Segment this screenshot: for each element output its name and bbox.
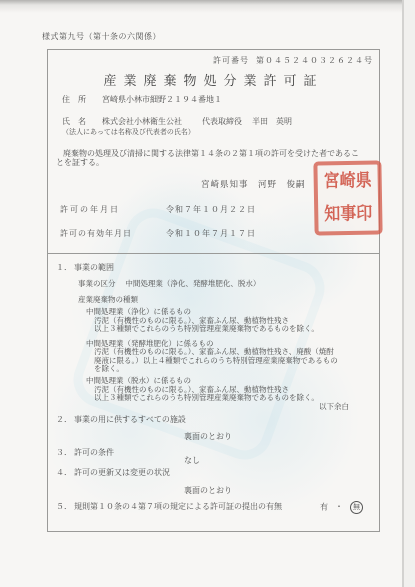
grant-date-value: 令和７年１０月２２日 — [166, 204, 256, 215]
waste-types-label: 産業廃棄物の種類 — [78, 295, 138, 304]
document-title: 産業廃棄物処分業許可証 — [48, 70, 379, 89]
section3-title: 許可の条件 — [74, 448, 114, 457]
corporate-note: （法人にあっては名称及び代表者の氏名） — [62, 127, 195, 137]
valid-date-row: 許可の有効年月日 — [60, 228, 132, 239]
permit-number-value: 第０４５２４０３２６２４号 — [256, 56, 373, 65]
section3-number: ３． — [56, 448, 72, 457]
section2-number: ２． — [56, 415, 72, 424]
section5-options: 有 ・ 無 — [320, 501, 363, 514]
waste-block2-line2: 廃液に限る。）以上４種類でこれらのうち特別管理産業廃棄物であるもの — [94, 356, 338, 365]
address-value: 宮崎県小林市細野２１９４番地１ — [102, 95, 222, 104]
section3-value: なし — [184, 455, 200, 466]
scanned-permit-page: 様式第九号（第十条の六関係） 許可番号 第０４５２４０３２６２４号 産業廃棄物処… — [0, 0, 415, 587]
permit-number-label: 許可番号 — [213, 56, 249, 65]
blank-below-note: 以下余白 — [319, 402, 349, 411]
section4-title: 許可の更新又は変更の状況 — [74, 468, 170, 477]
section5-title: 規則第１０条の４第７項の規定による許可証の提出の有無 — [74, 502, 282, 511]
section4-number: ４． — [56, 468, 72, 477]
permit-border-box: 許可番号 第０４５２４０３２６２４号 産業廃棄物処分業許可証 住 所 宮崎県小林… — [47, 49, 380, 532]
section4-heading: ４． 許可の更新又は変更の状況 — [56, 467, 170, 478]
waste-block3-heading: 中間処理業（脱水）に係るもの — [86, 376, 191, 385]
seal-row-2: 知事印 — [318, 205, 378, 224]
company-name: 株式会社小林衛生公社 — [102, 117, 182, 126]
representative-name: 半田 英明 — [252, 117, 292, 126]
address-label: 住 所 — [62, 95, 86, 104]
form-number-label: 様式第九号（第十条の六関係） — [42, 31, 161, 42]
name-label: 氏 名 — [62, 117, 86, 126]
waste-block2-line1: 汚泥（有機性のものに限る。）、家畜ふん尿、動植物性残さ、廃酸（焼酎 — [94, 347, 334, 356]
business-category-label: 事業の区分 — [78, 279, 116, 288]
paper-right-margin — [404, 0, 415, 587]
certification-statement-line1: 廃棄物の処理及び清掃に関する法律第１４条の２第１項の許可を受けた者であるこ — [63, 148, 359, 159]
grant-date-row: 許可の年月日 — [60, 204, 120, 215]
option-no-circled: 無 — [350, 501, 363, 514]
option-separator: ・ — [335, 502, 343, 511]
paper-edge-line — [402, 0, 404, 587]
permit-number-line: 許可番号 第０４５２４０３２６２４号 — [213, 55, 373, 66]
section2-title: 事業の用に供するすべての施設 — [74, 415, 186, 424]
issuer-signature: 宮崎県知事 河野 俊嗣 — [201, 178, 306, 190]
waste-block1-line2: 以上３種類でこれらのうち特別管理産業廃棄物であるものを除く。 — [94, 324, 319, 333]
representative-title: 代表取締役 — [202, 117, 242, 126]
business-category-value: 中間処理業（浄化、発酵堆肥化、脱水） — [125, 279, 260, 288]
section2-heading: ２． 事業の用に供するすべての施設 — [56, 414, 186, 425]
section1-number: １． — [56, 263, 72, 272]
valid-date-label: 許可の有効年月日 — [60, 229, 132, 238]
governor-seal-stamp: 宮崎県 知事印 — [313, 160, 382, 235]
business-category-line: 事業の区分 中間処理業（浄化、発酵堆肥化、脱水） — [78, 279, 260, 288]
section-divider-line — [48, 253, 379, 254]
valid-date-value: 令和１０年７月１７日 — [166, 228, 256, 239]
section1-heading: １． 事業の範囲 — [56, 262, 114, 273]
waste-block2-line3: を除く。 — [94, 364, 124, 373]
waste-block3-line2: 以上３種類でこれらのうち特別管理産業廃棄物であるものを除く。 — [94, 393, 319, 402]
section5-heading: ５． 規則第１０条の４第７項の規定による許可証の提出の有無 — [56, 501, 282, 512]
waste-block1-heading: 中間処理業（浄化）に係るもの — [86, 307, 191, 316]
option-yes: 有 — [320, 502, 328, 511]
section5-number: ５． — [56, 502, 72, 511]
section3-heading: ３． 許可の条件 — [56, 447, 114, 458]
grant-date-label: 許可の年月日 — [60, 205, 120, 214]
section2-value: 裏面のとおり — [184, 431, 232, 442]
address-line: 住 所 宮崎県小林市細野２１９４番地１ — [62, 94, 222, 105]
certification-statement-line2: とを証する。 — [56, 157, 104, 168]
seal-row-1: 宮崎県 — [318, 172, 378, 191]
section1-title: 事業の範囲 — [74, 263, 114, 272]
section4-value: 裏面のとおり — [184, 485, 232, 496]
name-line: 氏 名 株式会社小林衛生公社 代表取締役 半田 英明 — [62, 116, 292, 127]
